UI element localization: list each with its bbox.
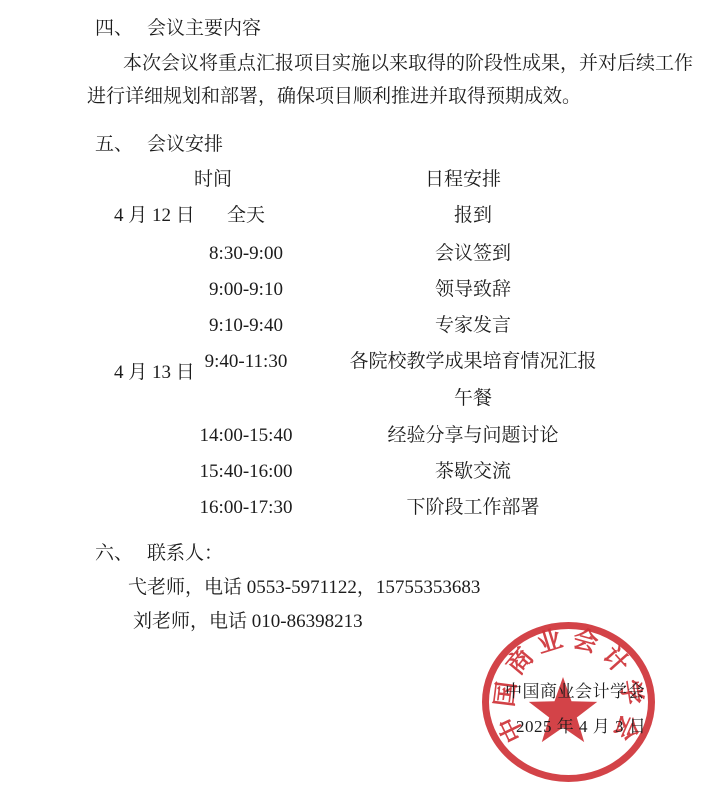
schedule-agenda: 经验分享与问题讨论 (387, 425, 558, 446)
schedule-time: 9:40-11:30 (205, 351, 288, 372)
section6-title: 联系人： (147, 543, 223, 564)
schedule-header-agenda: 日程安排 (425, 169, 501, 190)
schedule-agenda: 茶歇交流 (435, 461, 511, 482)
schedule-agenda: 午餐 (454, 388, 492, 409)
official-seal: 中国商业会计学会 (482, 620, 655, 784)
section4-title: 会议主要内容 (147, 18, 261, 39)
schedule-agenda: 下阶段工作部署 (406, 497, 539, 518)
schedule-agenda: 各院校教学成果培育情况汇报 (349, 351, 596, 372)
signature-date: 2025 年 4 月 3 日 (516, 717, 646, 736)
signature-organization: 中国商业会计学会 (505, 682, 645, 701)
contact-line: 刘老师，电话 010-86398213 (133, 611, 363, 632)
document-page: 四、 会议主要内容 本次会议将重点汇报项目实施以来取得的阶段性成果，并对后续工作… (0, 0, 728, 789)
schedule-agenda: 领导致辞 (435, 279, 511, 300)
section5-title: 会议安排 (147, 134, 223, 155)
section4-number: 四、 (95, 18, 133, 39)
schedule-date-day1: 4 月 12 日 (114, 205, 195, 226)
section4-paragraph-line2: 进行详细规划和部署，确保项目顺利推进并取得预期成效。 (87, 86, 581, 107)
schedule-time: 15:40-16:00 (200, 461, 293, 482)
schedule-agenda: 报到 (454, 205, 492, 226)
schedule-time: 14:00-15:40 (200, 425, 293, 446)
official-seal-graphic: 中国商业会计学会 (482, 620, 655, 784)
schedule-header-time: 时间 (194, 169, 232, 190)
section6-number: 六、 (95, 543, 133, 564)
contact-line: 弋老师，电话 0553-5971122，15755353683 (128, 577, 480, 598)
schedule-time: 9:00-9:10 (209, 279, 283, 300)
section4-paragraph-line1: 本次会议将重点汇报项目实施以来取得的阶段性成果，并对后续工作 (123, 53, 693, 74)
schedule-date-day2: 4 月 13 日 (114, 362, 195, 383)
schedule-time: 全天 (227, 205, 265, 226)
schedule-time: 9:10-9:40 (209, 315, 283, 336)
schedule-agenda: 专家发言 (435, 315, 511, 336)
section5-number: 五、 (95, 134, 133, 155)
schedule-agenda: 会议签到 (435, 243, 511, 264)
schedule-time: 8:30-9:00 (209, 243, 283, 264)
schedule-time: 16:00-17:30 (200, 497, 293, 518)
